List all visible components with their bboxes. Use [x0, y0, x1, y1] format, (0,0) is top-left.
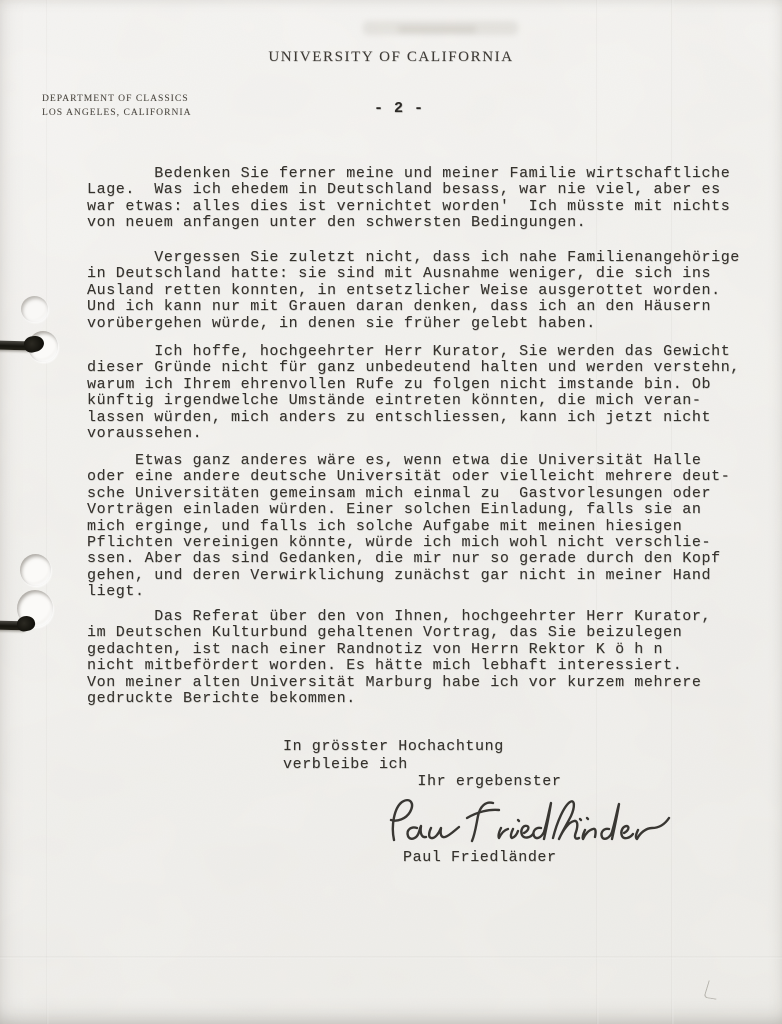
- page-number: - 2 -: [374, 101, 424, 117]
- letter-paragraph: Das Referat über den von Ihnen, hochgeeh…: [87, 609, 759, 707]
- handwritten-signature: [381, 794, 673, 852]
- bleed-through-smudge: [398, 26, 476, 33]
- paper-crease: [46, 0, 49, 1024]
- pencil-mark: [703, 980, 721, 999]
- letter-paragraph: Vergessen Sie zuletzt nicht, dass ich na…: [87, 250, 759, 332]
- scanned-letter-page: UNIVERSITY OF CALIFORNIA DEPARTMENT OF C…: [0, 0, 782, 1024]
- bleed-through-smudge: [363, 21, 518, 35]
- punch-hole: [21, 296, 48, 322]
- letter-paragraph: Bedenken Sie ferner meine und meiner Fam…: [87, 166, 759, 232]
- letter-paragraph: Etwas ganz anderes wäre es, wenn etwa di…: [87, 453, 759, 601]
- letterhead-department-address: DEPARTMENT OF CLASSICSLOS ANGELES, CALIF…: [42, 93, 192, 120]
- letter-paragraph: Ich hoffe, hochgeehrter Herr Kurator, Si…: [87, 344, 759, 442]
- letter-closing: In grösster Hochachtung verbleibe ich Ih…: [283, 738, 703, 791]
- typed-signature-name: Paul Friedländer: [403, 849, 557, 866]
- punch-hole: [20, 554, 51, 586]
- paper-crease: [0, 956, 782, 959]
- letterhead-department-line1: DEPARTMENT OF CLASSICS: [42, 94, 189, 104]
- letterhead-department-line2: LOS ANGELES, CALIFORNIA: [42, 108, 192, 118]
- letterhead-university-name: UNIVERSITY OF CALIFORNIA: [0, 49, 782, 66]
